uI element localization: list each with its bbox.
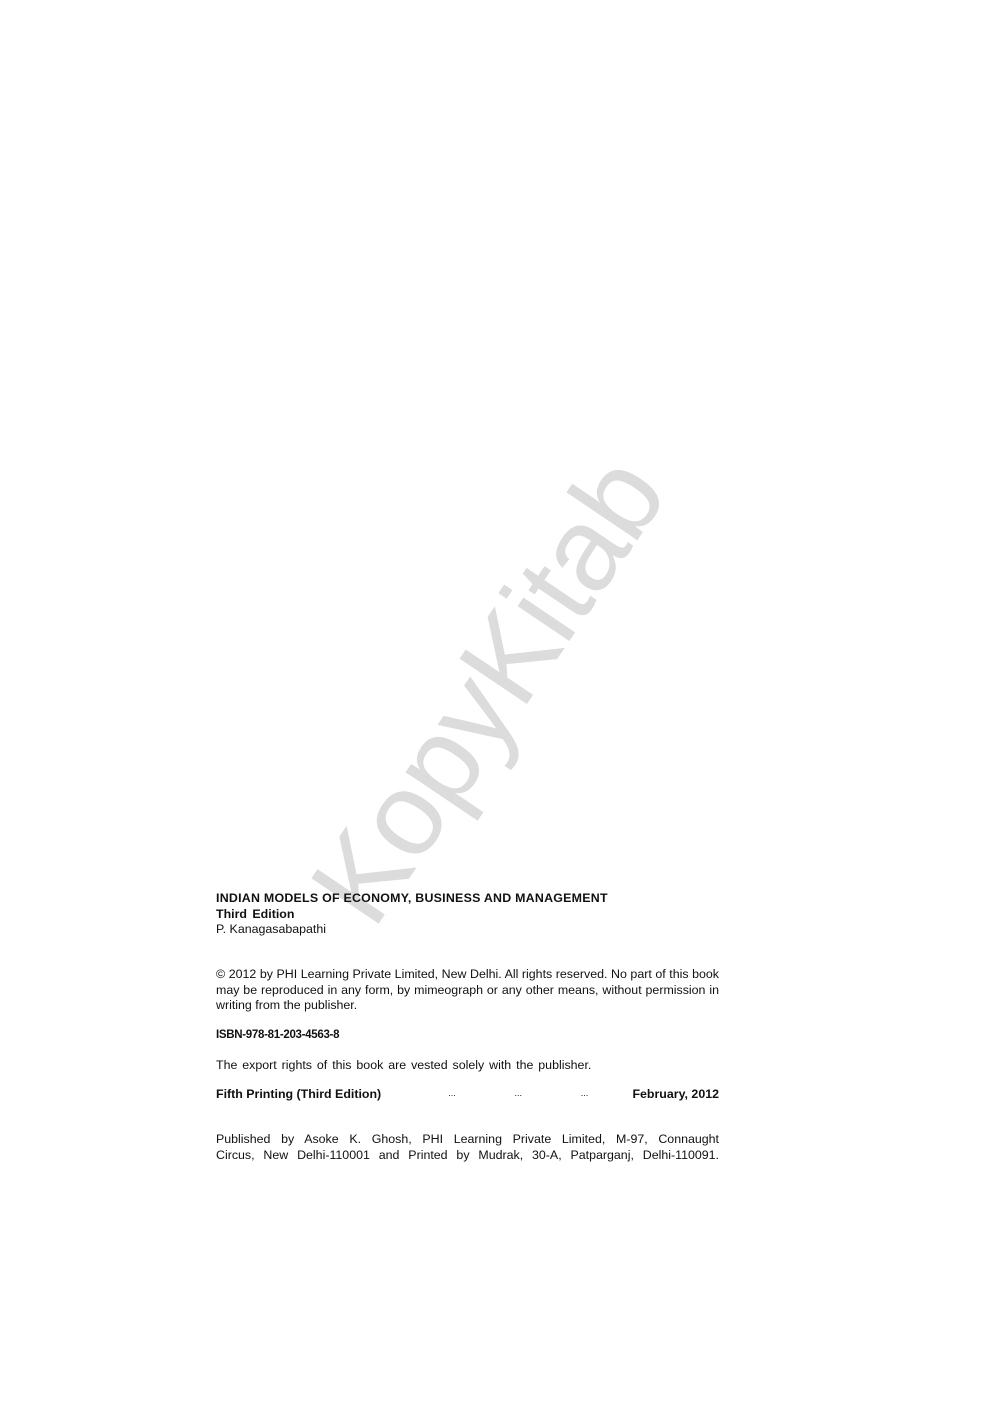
printing-line: Fifth Printing (Third Edition) ··· ··· ·…	[216, 1087, 719, 1104]
book-info: INDIAN MODELS OF ECONOMY, BUSINESS AND M…	[216, 891, 719, 938]
printing-date: February, 2012	[632, 1087, 719, 1103]
separator-dots: ···	[581, 1088, 589, 1104]
separator-dots: ···	[514, 1088, 522, 1104]
publisher-line-1: Published by Asoke K. Ghosh, PHI Learnin…	[216, 1132, 719, 1148]
book-title: INDIAN MODELS OF ECONOMY, BUSINESS AND M…	[216, 891, 719, 907]
copyright-notice: © 2012 by PHI Learning Private Limited, …	[216, 967, 719, 1014]
export-rights-notice: The export rights of this book are veste…	[216, 1058, 719, 1074]
book-author: P. Kanagasabapathi	[216, 922, 719, 938]
publisher-line-2: Circus, New Delhi-110001 and Printed by …	[216, 1148, 719, 1164]
printing-separators: ··· ··· ···	[448, 1088, 588, 1104]
isbn: ISBN-978-81-203-4563-8	[216, 1028, 719, 1044]
publisher-info: Published by Asoke K. Ghosh, PHI Learnin…	[216, 1132, 719, 1163]
printing-label: Fifth Printing (Third Edition)	[216, 1087, 448, 1103]
watermark: KopyKitab	[284, 433, 693, 948]
book-edition: Third Edition	[216, 907, 719, 923]
separator-dots: ···	[448, 1088, 456, 1104]
